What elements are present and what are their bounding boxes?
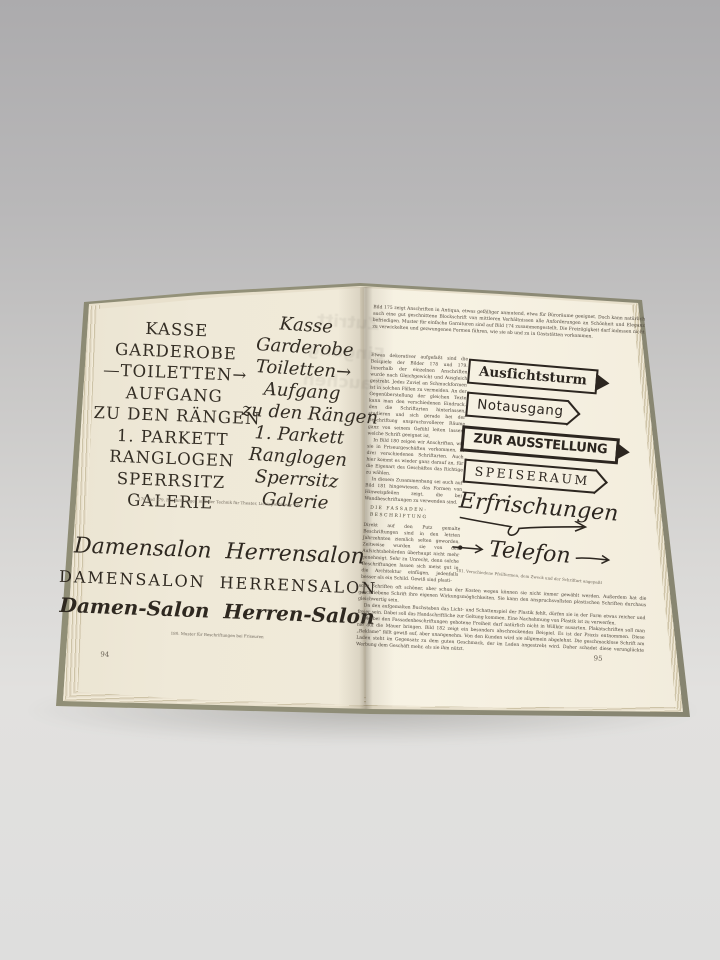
left-page-content: Zutritt Eingang Rauchen KASSE GARDEROBE … <box>80 298 362 720</box>
intro-paragraph: Bild 175 zeigt Anschriften in Antiqua, e… <box>372 304 645 342</box>
salon-word-left: Damensalon <box>74 533 213 563</box>
arrowhead-solid-icon <box>615 442 630 461</box>
body-text: Direkt auf den Putz gemalte Beschriftung… <box>361 522 461 585</box>
arrow-signs-figure: Ausſichtsturm Notausgang ZUR AUSSTELLUNG… <box>445 358 664 609</box>
sign-text: Notausgang <box>477 397 565 420</box>
sign-aussichtsturm: Ausſichtsturm <box>467 359 599 395</box>
sign-label: Notausgang <box>465 392 569 425</box>
salon-sample-script: Damensalon Herrensalon <box>86 534 353 569</box>
figure-caption-salon: 180. Muster für Beschriftungen bei Frise… <box>117 629 317 641</box>
arrow-right-icon <box>574 551 613 566</box>
lettering-column-roman: KASSE GARDEROBE —TOILETTEN→ AUFGANG ZU D… <box>90 316 257 515</box>
sign-label: SPEISERAUM <box>463 459 596 494</box>
sign-text: ZUR AUSSTELLUNG <box>473 431 608 457</box>
sign-notausgang: Notausgang <box>465 392 569 425</box>
salon-sample-brush: Damen-Salon Herren-Salon <box>84 594 351 628</box>
photo-backdrop: Zutritt Eingang Rauchen KASSE GARDEROBE … <box>0 0 720 960</box>
lettering-column-italic: Kasse Garderobe Toiletten→ Aufgang zu de… <box>236 311 366 516</box>
salon-word-right: Herren-Salon <box>223 599 375 629</box>
sign-label: Ausſichtsturm <box>467 359 599 395</box>
right-page-content: Bild 175 zeigt Anschriften in Antiqua, e… <box>353 292 664 725</box>
body-text: Bild 175 zeigt Anschriften in Antiqua, e… <box>372 304 645 342</box>
salon-word-right: Herrensalon <box>225 539 365 569</box>
page-number-right: 95 <box>593 654 602 662</box>
sign-text: Ausſichtsturm <box>478 364 587 389</box>
body-text: In Bild 180 zeigen wir Anschriften, wie … <box>366 437 465 481</box>
arrowhead-solid-icon <box>595 373 610 392</box>
body-text: Etwas dekorativer aufgefaßt sind die Bei… <box>367 352 468 441</box>
sign-speiseraum: SPEISERAUM <box>463 459 596 494</box>
sign-label: ZUR AUSSTELLUNG <box>460 425 620 464</box>
sign-text: SPEISERAUM <box>474 464 590 489</box>
body-text: In diesem Zusammenhang sei auch auf Bild… <box>364 476 462 506</box>
left-column-text-2: Direkt auf den Putz gemalte Beschriftung… <box>361 522 461 585</box>
salon-sample-caps: DAMENSALON HERRENSALON <box>85 568 352 597</box>
bottom-paragraphs: sche Schriften oft schöner, aber schon d… <box>356 583 647 661</box>
page-number-left: 94 <box>100 650 109 658</box>
left-column-text: Etwas dekorativer aufgefaßt sind die Bei… <box>364 352 468 506</box>
sign-zur-ausstellung: ZUR AUSSTELLUNG <box>460 425 620 464</box>
arrow-left-icon <box>451 540 486 555</box>
